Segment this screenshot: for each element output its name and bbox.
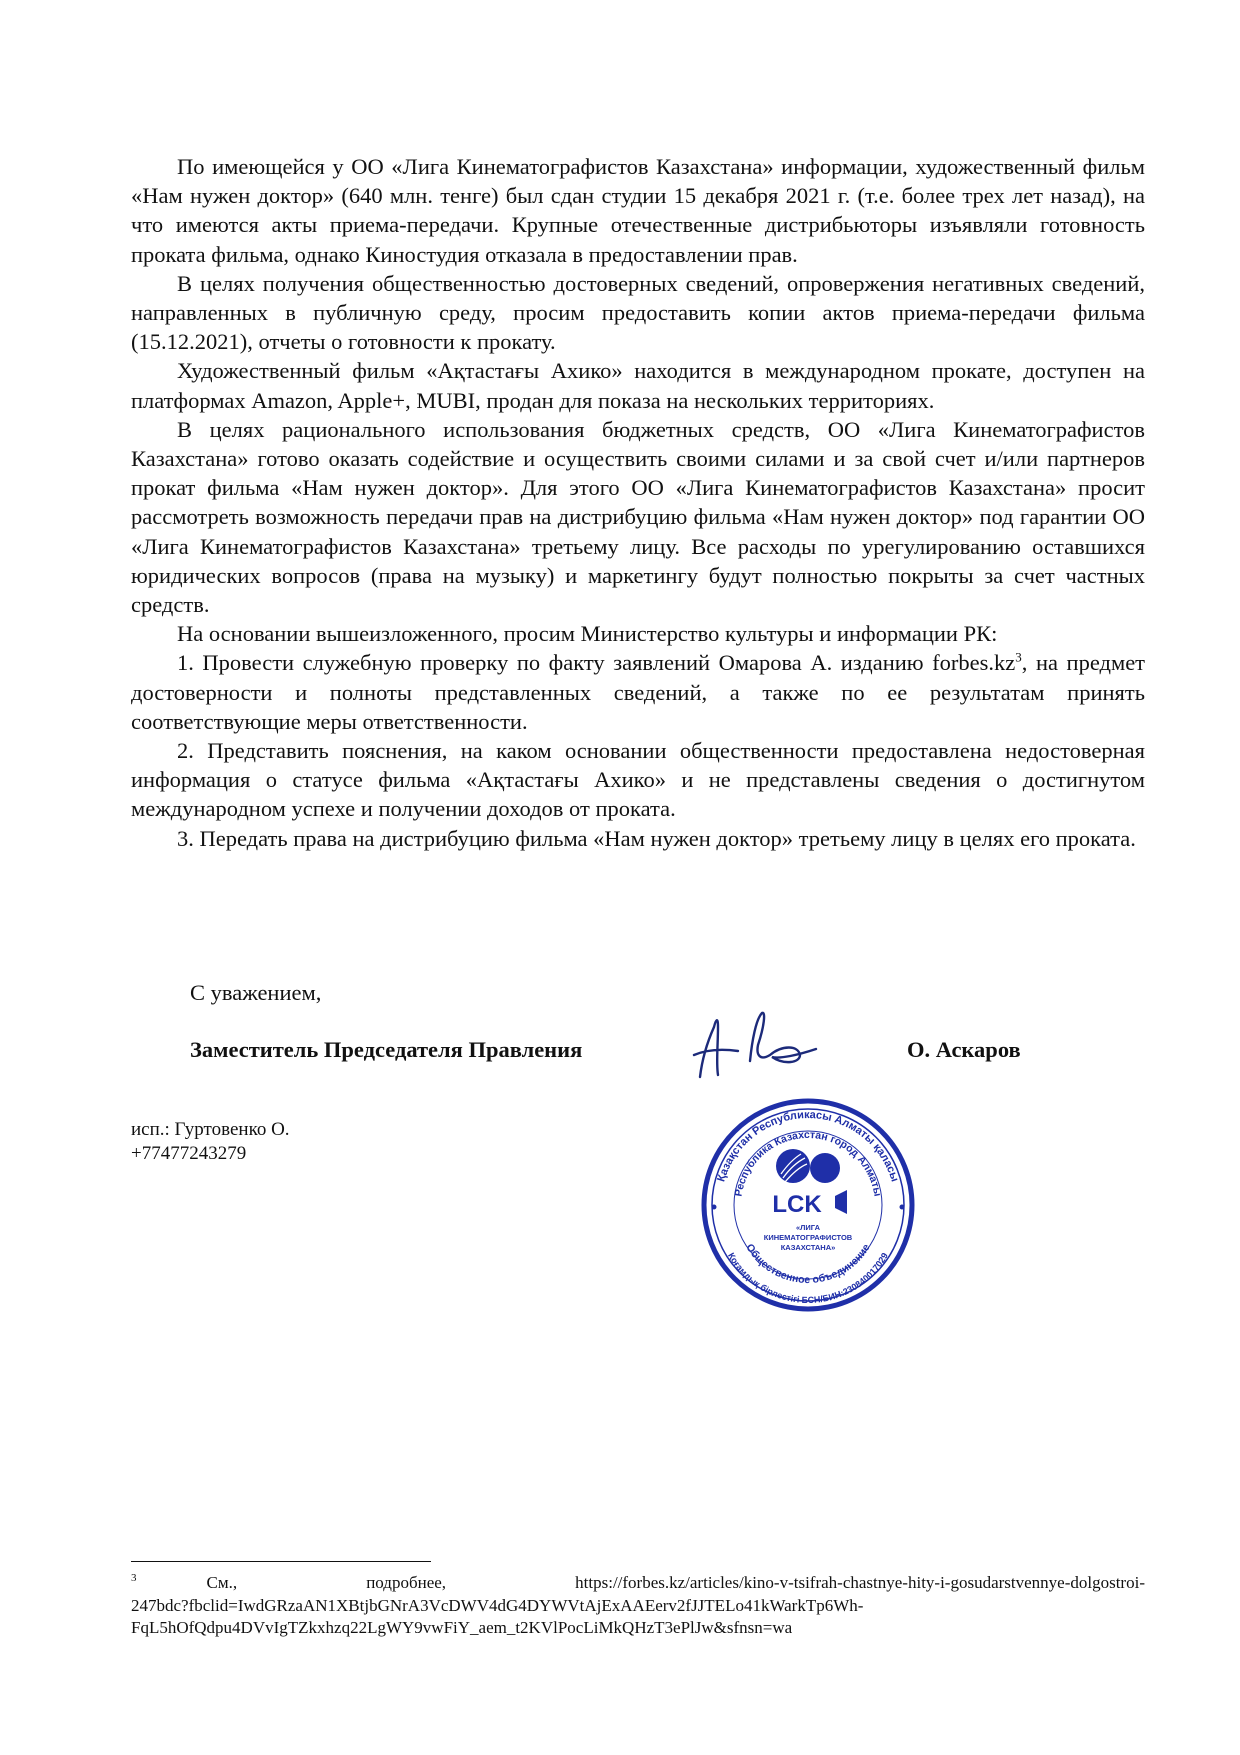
footnote: 3См., подробнее, https://forbes.kz/artic…: [131, 1572, 1145, 1640]
svg-text:LCK: LCK: [772, 1191, 822, 1218]
organization-stamp-icon: Қазақстан Республикасы Алматы қаласы Рес…: [697, 1094, 919, 1316]
paragraph-request-intro: На основании вышеизложенного, просим Мин…: [131, 619, 1145, 648]
letter-body: По имеющейся у ОО «Лига Кинематографисто…: [131, 152, 1145, 853]
executor-name: исп.: Гуртовенко О.: [131, 1118, 290, 1142]
request-item-1: 1. Провести служебную проверку по факту …: [131, 648, 1145, 736]
footnote-link[interactable]: https://forbes.kz/articles/kino-v-tsifra…: [575, 1572, 1145, 1595]
closing-phrase: С уважением,: [190, 980, 321, 1006]
signatory-name: О. Аскаров: [907, 1037, 1021, 1063]
footnote-link-cont-2[interactable]: FqL5hOfQdpu4DVvIgTZkxhzq22LgWY9vwFiY_aem…: [131, 1617, 1145, 1640]
footnote-separator: [131, 1561, 431, 1562]
footnote-link-cont-1[interactable]: 247bdc?fbclid=IwdGRzaAN1XBtjbGNrA3VcDWV4…: [131, 1595, 1145, 1618]
svg-text:КАЗАХСТАНА»: КАЗАХСТАНА»: [781, 1243, 836, 1252]
paragraph-league-offer: В целях рационального использования бюдж…: [131, 415, 1145, 619]
svg-text:«ЛИГА: «ЛИГА: [796, 1223, 821, 1232]
footnote-number: 3: [131, 1572, 137, 1584]
paragraph-film-handover: По имеющейся у ОО «Лига Кинематографисто…: [131, 152, 1145, 269]
handwritten-signature-icon: [688, 1005, 838, 1085]
svg-text:КИНЕМАТОГРАФИСТОВ: КИНЕМАТОГРАФИСТОВ: [764, 1233, 853, 1242]
request-item-3: 3. Передать права на дистрибуцию фильма …: [131, 824, 1145, 853]
request-item-2: 2. Представить пояснения, на каком основ…: [131, 736, 1145, 824]
paragraph-request-documents: В целях получения общественностью достов…: [131, 269, 1145, 357]
executor-phone[interactable]: +77477243279: [131, 1142, 290, 1166]
paragraph-akhiko-distribution: Художественный фильм «Ақтастағы Ахико» н…: [131, 356, 1145, 414]
signatory-position: Заместитель Председателя Правления: [190, 1037, 582, 1063]
executor-contact: исп.: Гуртовенко О. +77477243279: [131, 1118, 290, 1166]
